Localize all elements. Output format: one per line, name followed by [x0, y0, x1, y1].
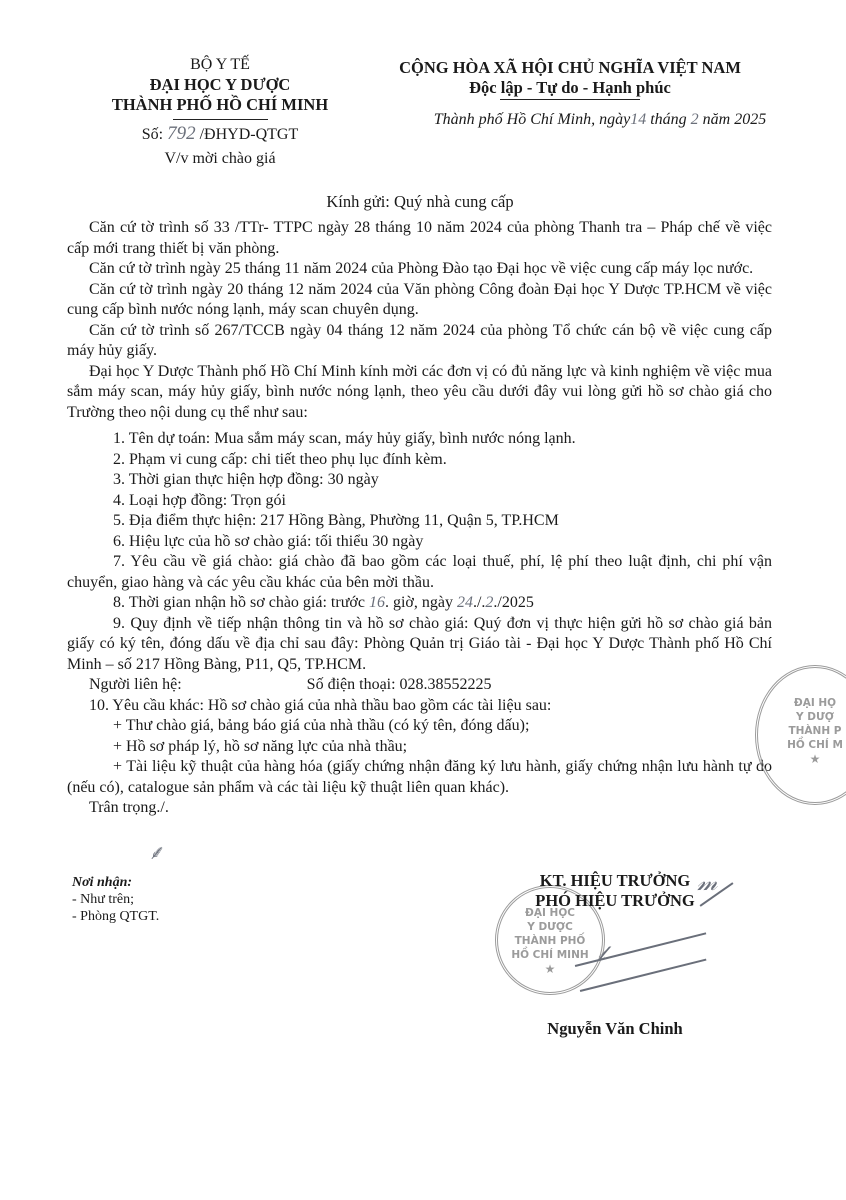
initial-mark: 𝓁: [598, 943, 605, 966]
motto-underline: [500, 99, 640, 100]
invitation-paragraph: Đại học Y Dược Thành phố Hồ Chí Minh kín…: [67, 362, 772, 424]
national-motto: Độc lập - Tự do - Hạnh phúc: [370, 78, 770, 98]
deadline-hour: 16: [369, 594, 385, 611]
recipient-item: - Như trên;: [72, 891, 372, 908]
document-date: Thành phố Hồ Chí Minh, ngày14 tháng 2 nă…: [380, 111, 820, 129]
deadline-sep: ./.: [473, 594, 485, 611]
basis-paragraph: Căn cứ tờ trình số 33 /TTr- TTPC ngày 28…: [67, 218, 772, 259]
letter-body: Căn cứ tờ trình số 33 /TTr- TTPC ngày 28…: [67, 218, 772, 819]
seal-text: THÀNH P: [758, 724, 846, 738]
doc-number-handwritten: 792: [167, 123, 196, 144]
seal-text: Y DƯỢ: [758, 710, 846, 724]
contact-label: Người liên hệ:: [89, 675, 182, 696]
date-month: 2: [691, 111, 699, 128]
requirement-item: 2. Phạm vi cung cấp: chi tiết theo phụ l…: [67, 450, 772, 471]
date-month-label: tháng: [650, 111, 686, 128]
requirement-item: 1. Tên dự toán: Mua sắm máy scan, máy hủ…: [67, 429, 772, 450]
date-day: 14: [630, 111, 646, 128]
phone-number: Số điện thoại: 028.38552225: [307, 675, 492, 696]
header-divider: [173, 119, 268, 120]
initial-mark: 𝓂: [697, 870, 717, 897]
signer-title-2: PHÓ HIỆU TRƯỞNG: [500, 891, 730, 911]
deadline-year: ./2025: [493, 594, 533, 611]
requirement-item-deadline: 8. Thời gian nhận hồ sơ chào giá: trước …: [67, 593, 772, 614]
seal-text: ĐẠI HỌ: [758, 696, 846, 710]
document-list-item: + Tài liệu kỹ thuật của hàng hóa (giấy c…: [67, 757, 772, 798]
ministry-name: BỘ Y TẾ: [70, 55, 370, 75]
requirement-item: 9. Quy định về tiếp nhận thông tin và hồ…: [67, 614, 772, 676]
basis-paragraph: Căn cứ tờ trình số 267/TCCB ngày 04 thán…: [67, 321, 772, 362]
basis-paragraph: Căn cứ tờ trình ngày 20 tháng 12 năm 202…: [67, 280, 772, 321]
requirement-item: 10. Yêu cầu khác: Hồ sơ chào giá của nhà…: [67, 696, 772, 717]
recipients-block: Nơi nhận: - Như trên; - Phòng QTGT.: [72, 874, 372, 925]
requirement-item: 3. Thời gian thực hiện hợp đồng: 30 ngày: [67, 470, 772, 491]
seal-text: HỒ CHÍ M: [758, 738, 846, 752]
contact-row: Người liên hệ: Số điện thoại: 028.385522…: [67, 675, 772, 696]
star-icon: ★: [758, 752, 846, 766]
signer-title-1: KT. HIỆU TRƯỞNG: [500, 871, 730, 891]
requirement-item: 5. Địa điểm thực hiện: 217 Hồng Bàng, Ph…: [67, 511, 772, 532]
requirement-item: 6. Hiệu lực của hồ sơ chào giá: tối thiể…: [67, 532, 772, 553]
deadline-mid: . giờ, ngày: [385, 594, 453, 611]
document-list-item: + Thư chào giá, bảng báo giá của nhà thầ…: [67, 716, 772, 737]
nation-title: CỘNG HÒA XÃ HỘI CHỦ NGHĨA VIỆT NAM: [370, 58, 770, 78]
recipient-item: - Phòng QTGT.: [72, 908, 372, 925]
deadline-day: 24: [457, 594, 473, 611]
national-header-block: CỘNG HÒA XÃ HỘI CHỦ NGHĨA VIỆT NAM Độc l…: [370, 58, 770, 100]
salutation: Kính gửi: Quý nhà cung cấp: [60, 192, 780, 212]
document-number: Số: 792 /ĐHYD-QTGT: [70, 123, 370, 146]
date-year: năm 2025: [703, 111, 767, 128]
date-prefix: Thành phố Hồ Chí Minh, ngày: [434, 111, 630, 128]
initial-mark: ⸙: [148, 838, 163, 865]
document-subject: V/v mời chào giá: [70, 146, 370, 172]
doc-number-prefix: Số:: [142, 126, 163, 143]
deadline-prefix: 8. Thời gian nhận hồ sơ chào giá: trước: [113, 594, 365, 611]
issuing-authority-block: BỘ Y TẾ ĐẠI HỌC Y DƯỢC THÀNH PHỐ HỒ CHÍ …: [70, 55, 370, 172]
recipients-title: Nơi nhận:: [72, 874, 372, 891]
requirement-item: 7. Yêu cầu về giá chào: giá chào đã bao …: [67, 552, 772, 593]
requirement-item: 4. Loại hợp đồng: Trọn gói: [67, 491, 772, 512]
closing: Trân trọng./.: [67, 798, 772, 819]
university-name-line1: ĐẠI HỌC Y DƯỢC: [70, 75, 370, 95]
university-name-line2: THÀNH PHỐ HỒ CHÍ MINH: [70, 95, 370, 115]
signer-name: Nguyễn Văn Chinh: [500, 1019, 730, 1039]
doc-number-suffix: /ĐHYD-QTGT: [200, 126, 299, 143]
document-list-item: + Hồ sơ pháp lý, hồ sơ năng lực của nhà …: [67, 737, 772, 758]
basis-paragraph: Căn cứ tờ trình ngày 25 tháng 11 năm 202…: [67, 259, 772, 280]
